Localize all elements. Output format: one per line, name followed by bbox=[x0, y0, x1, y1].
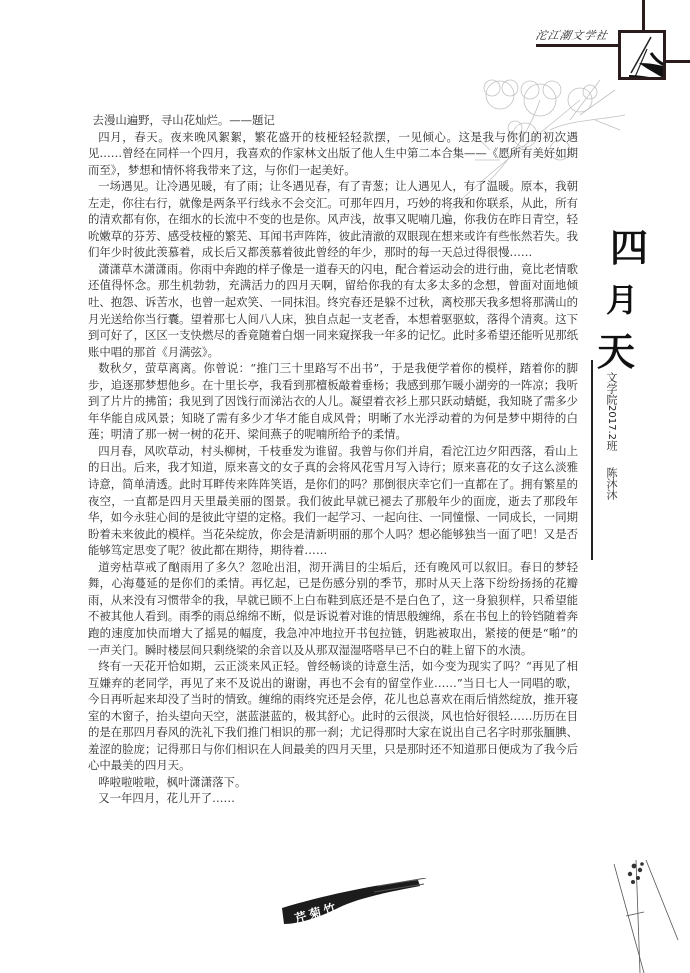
paragraph: 四月春，风吹草动，村头柳树，千枝垂发为谁留。我曾与你们并肩，看沱江边夕阳西落，看… bbox=[88, 443, 578, 559]
paragraph: 又一年四月，花儿开了…… bbox=[88, 790, 578, 807]
paragraph: 四月，春天。夜来晚风絮絮，繁花盛开的枝桠轻轻款摆，一见倾心。这是我与你们的初次遇… bbox=[88, 129, 578, 179]
byline-rule bbox=[591, 360, 593, 560]
paragraph: 哗啦啦啦啦，枫叶潇潇落下。 bbox=[88, 774, 578, 791]
byline-author: 陈沐沐 bbox=[605, 467, 618, 500]
dried-flower-icon bbox=[600, 860, 680, 973]
byline-class-year: 2017.2 bbox=[606, 405, 617, 440]
title-char: 天 bbox=[584, 326, 648, 378]
paragraph: 潇潇草木潇潇雨。你雨中奔跑的样子像是一道春天的闪电，配合着运动会的进行曲，竟比老… bbox=[88, 261, 578, 360]
article-title: 四 月 天 bbox=[588, 222, 648, 378]
title-char: 月 bbox=[596, 274, 648, 326]
article-body: 去漫山遍野，寻山花灿烂。——题记 四月，春天。夜来晚风絮絮，繁花盛开的枝桠轻轻款… bbox=[88, 112, 578, 807]
byline-class-suffix: 班 bbox=[605, 440, 618, 451]
byline: 文学院2017.2班陈沐沐 bbox=[598, 372, 618, 500]
brand-rule bbox=[536, 44, 620, 47]
brand-rule-right bbox=[665, 60, 690, 63]
brand-name: 沱江潮文学社 bbox=[534, 27, 609, 43]
paragraph: 数秋夕，萤草离离。你曾说：“推门三十里路写不出书”，于是我便学着你的模样，踏着你… bbox=[88, 360, 578, 443]
paragraph: 道旁枯草戒了酗雨用了多久？忽呛出泪，沏开满目的尘垢后，还有晚风可以叙旧。春日的梦… bbox=[88, 559, 578, 658]
epigraph: 去漫山遍野，寻山花灿烂。——题记 bbox=[88, 112, 578, 129]
paragraph: 一场遇见。让冷遇见暖，有了雨；让冬遇见春，有了青葱；让人遇见人，有了温暖。原本，… bbox=[88, 178, 578, 261]
title-char: 四 bbox=[610, 222, 648, 274]
paragraph: 终有一天花开恰如期，云正淡来风正轻。曾经畅谈的诗意生活，如今变为现实了吗？“再见… bbox=[88, 658, 578, 774]
byline-college: 文学院 bbox=[605, 372, 618, 405]
